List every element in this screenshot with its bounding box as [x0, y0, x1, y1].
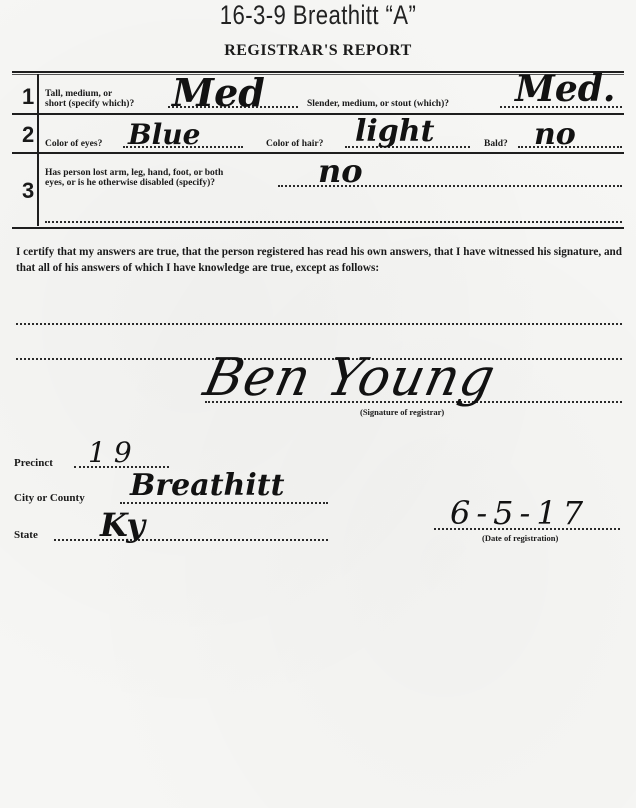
precinct-value: 19: [88, 436, 140, 469]
bald-label: Bald?: [484, 139, 508, 150]
eye-color-value: Blue: [128, 118, 200, 151]
state-dotline: [54, 539, 328, 541]
table-left-divider: [37, 74, 39, 226]
hair-color-label: Color of hair?: [266, 139, 323, 150]
build-label: Slender, medium, or stout (which)?: [307, 99, 449, 110]
report-title: REGISTRAR'S REPORT: [0, 42, 636, 60]
row-number-2: 2: [22, 122, 34, 148]
registrar-signature: Ben Young: [199, 348, 501, 408]
registrar-report-page: 16-3-9 Breathitt “A” REGISTRAR'S REPORT …: [0, 0, 636, 808]
state-label: State: [14, 530, 38, 541]
disability-label-line2: eyes, or is he otherwise disabled (speci…: [45, 178, 215, 189]
table-bottom-rule: [12, 227, 624, 229]
build-value: Med.: [515, 68, 615, 110]
disability-value: no: [318, 152, 363, 190]
eye-color-label: Color of eyes?: [45, 139, 102, 150]
disability-label-line1: Has person lost arm, leg, hand, foot, or…: [45, 168, 223, 179]
county-label: City or County: [14, 493, 85, 504]
county-value: Breathitt: [130, 468, 284, 503]
registration-date-value: 6-5-17: [450, 494, 589, 532]
disability-dotline-2: [45, 221, 622, 223]
exception-dotline-1: [16, 323, 622, 325]
row-number-1: 1: [22, 84, 34, 110]
header-stamp: 16-3-9 Breathitt “A”: [57, 0, 579, 31]
signature-caption: (Signature of registrar): [360, 407, 444, 417]
hair-color-value: light: [355, 114, 434, 149]
height-label-line1: Tall, medium, or: [45, 89, 112, 100]
bald-value: no: [534, 117, 576, 152]
certification-text: I certify that my answers are true, that…: [16, 244, 622, 276]
state-value: Ky: [100, 506, 145, 544]
precinct-label: Precinct: [14, 458, 53, 469]
registration-date-caption: (Date of registration): [482, 533, 558, 543]
height-label-line2: short (specify which)?: [45, 99, 134, 110]
row1-bottom-rule: [12, 113, 624, 115]
row-number-3: 3: [22, 178, 34, 204]
height-value: Med: [172, 70, 265, 115]
